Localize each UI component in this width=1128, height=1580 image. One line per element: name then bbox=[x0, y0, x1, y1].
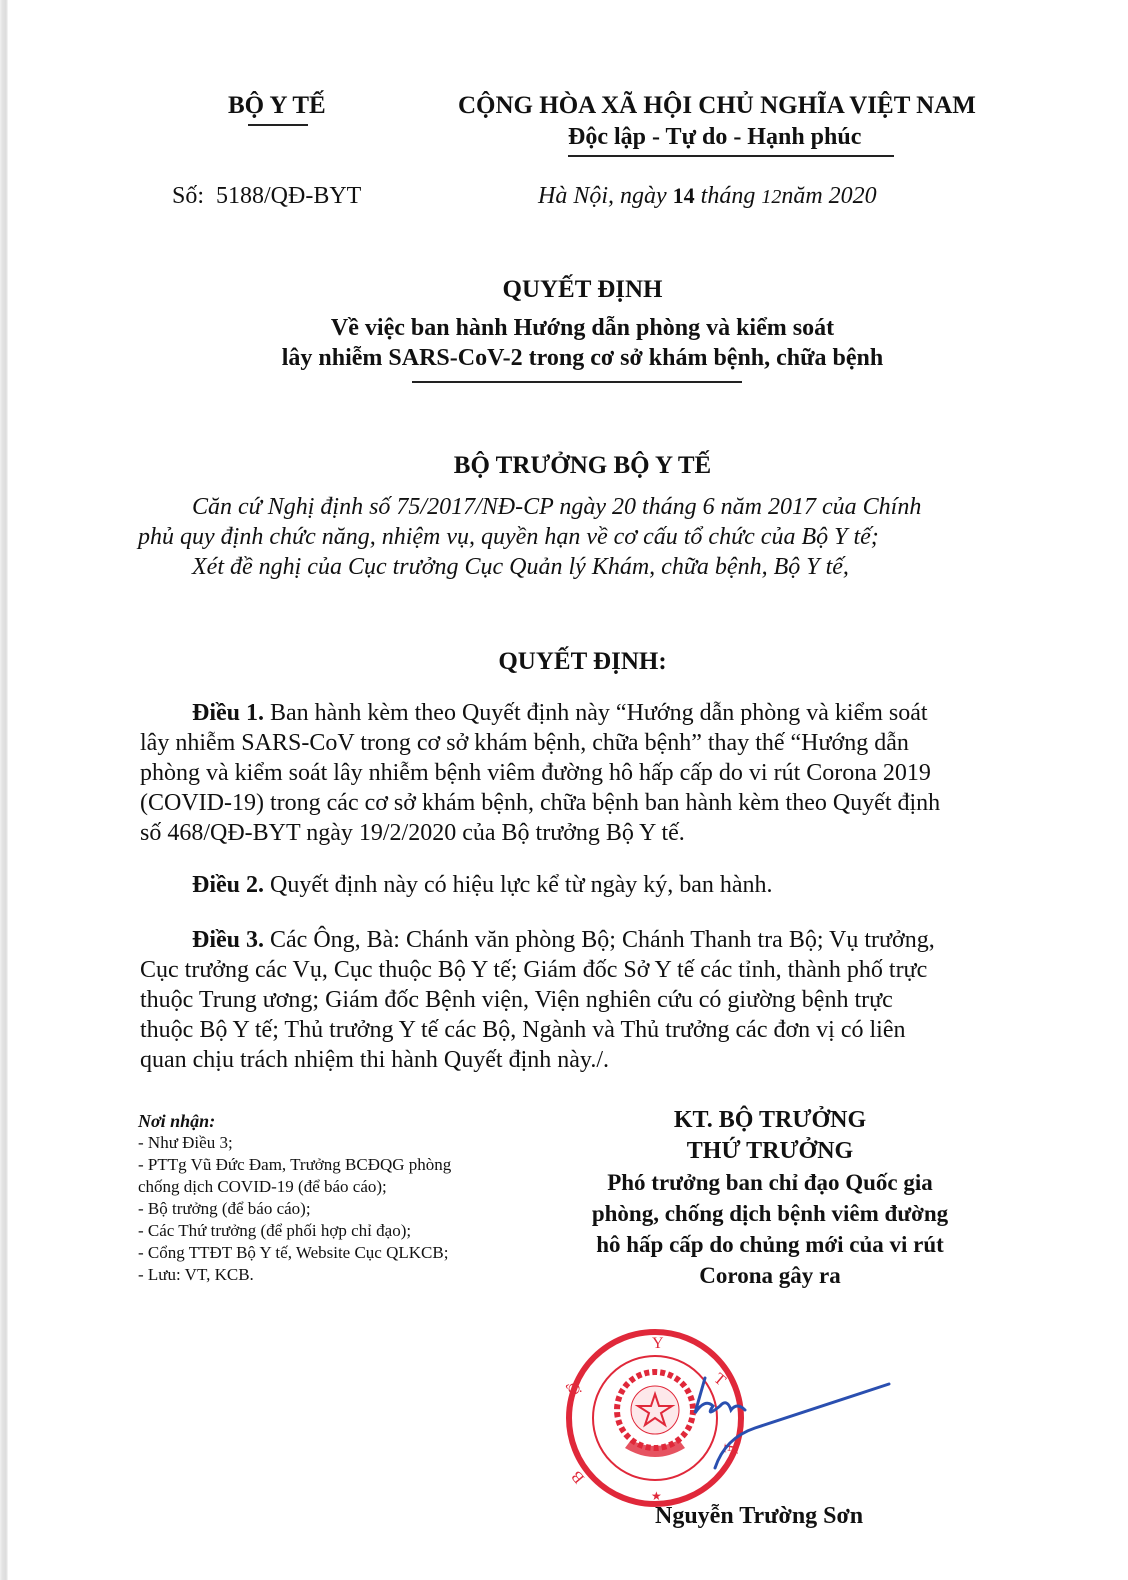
authority-heading: BỘ TRƯỞNG BỘ Y TẾ bbox=[140, 452, 1025, 480]
article-3-line-1: Điều 3. Các Ông, Bà: Chánh văn phòng Bộ;… bbox=[192, 925, 935, 955]
signer-role-line: hô hấp cấp do chủng mới của vi rút bbox=[555, 1229, 985, 1260]
article-1-line-5: số 468/QĐ-BYT ngày 19/2/2020 của Bộ trưở… bbox=[140, 818, 685, 848]
signer-role-line: phòng, chống dịch bệnh viêm đường bbox=[555, 1198, 985, 1229]
issue-date: Hà Nội, ngày 14 tháng 12năm 2020 bbox=[538, 183, 877, 210]
title-divider bbox=[412, 381, 742, 383]
motto-underline bbox=[568, 155, 894, 157]
recipient-item: chống dịch COVID-19 (để báo cáo); bbox=[138, 1176, 538, 1198]
signer-role-line: Corona gây ra bbox=[555, 1260, 985, 1291]
recipient-item: - Lưu: VT, KCB. bbox=[138, 1264, 538, 1286]
document-number: Số: 5188/QĐ-BYT bbox=[172, 183, 361, 210]
article-3-line-4: thuộc Bộ Y tế; Thủ trưởng Y tế các Bộ, N… bbox=[140, 1015, 905, 1045]
handwritten-signature-icon bbox=[695, 1378, 889, 1468]
agency-underline bbox=[248, 124, 308, 126]
svg-text:T: T bbox=[710, 1370, 729, 1389]
recipient-item: - Bộ trưởng (để báo cáo); bbox=[138, 1198, 538, 1220]
recipients-title: Nơi nhận: bbox=[138, 1110, 538, 1132]
article-1-line-3: phòng và kiểm soát lây nhiễm bệnh viêm đ… bbox=[140, 758, 931, 788]
recipient-item: - PTTg Vũ Đức Đam, Trưởng BCĐQG phòng bbox=[138, 1154, 538, 1176]
signature-title-2: THỨ TRƯỞNG bbox=[555, 1136, 985, 1167]
page-edge-shadow bbox=[0, 0, 8, 1580]
signature-block: KT. BỘ TRƯỞNG THỨ TRƯỞNG Phó trưởng ban … bbox=[555, 1105, 985, 1291]
article-3-line-2: Cục trưởng các Vụ, Cục thuộc Bộ Y tế; Gi… bbox=[140, 955, 927, 985]
decision-title: QUYẾT ĐỊNH bbox=[140, 276, 1025, 304]
article-1-line-4: (COVID-19) trong các cơ sở khám bệnh, ch… bbox=[140, 788, 940, 818]
official-seal-and-signature: Y T Ế B Ộ ★ bbox=[555, 1318, 895, 1508]
agency-name: BỘ Y TẾ bbox=[228, 92, 326, 120]
proposal-line: Xét đề nghị của Cục trưởng Cục Quản lý K… bbox=[192, 552, 849, 582]
article-1-line-2: lây nhiễm SARS-CoV trong cơ sở khám bệnh… bbox=[140, 728, 909, 758]
signature-title-1: KT. BỘ TRƯỞNG bbox=[555, 1105, 985, 1136]
article-1-line-1: Điều 1. Ban hành kèm theo Quyết định này… bbox=[192, 698, 928, 728]
article-3-line-5: quan chịu trách nhiệm thi hành Quyết địn… bbox=[140, 1045, 609, 1075]
signer-name: Nguyễn Trường Sơn bbox=[655, 1503, 863, 1530]
country-name: CỘNG HÒA XÃ HỘI CHỦ NGHĨA VIỆT NAM bbox=[458, 92, 976, 120]
subject-line-1: Về việc ban hành Hướng dẫn phòng và kiểm… bbox=[140, 315, 1025, 342]
article-2: Điều 2. Quyết định này có hiệu lực kể từ… bbox=[192, 870, 773, 900]
decision-heading: QUYẾT ĐỊNH: bbox=[140, 648, 1025, 676]
seal-letter-y: Y bbox=[652, 1335, 664, 1352]
subject-line-2: lây nhiễm SARS-CoV-2 trong cơ sở khám bệ… bbox=[140, 345, 1025, 372]
recipient-item: - Như Điều 3; bbox=[138, 1132, 538, 1154]
legal-basis-line-2: phủ quy định chức năng, nhiệm vụ, quyền … bbox=[138, 522, 879, 552]
article-3-line-3: thuộc Trung ương; Giám đốc Bệnh viện, Vi… bbox=[140, 985, 893, 1015]
svg-text:Ộ: Ộ bbox=[563, 1380, 585, 1397]
red-seal-icon: Y T Ế B Ộ ★ bbox=[563, 1332, 741, 1504]
recipient-item: - Các Thứ trưởng (để phối hợp chỉ đạo); bbox=[138, 1220, 538, 1242]
signer-role-line: Phó trưởng ban chỉ đạo Quốc gia bbox=[555, 1167, 985, 1198]
svg-text:★: ★ bbox=[651, 1489, 662, 1503]
recipients-block: Nơi nhận: - Như Điều 3; - PTTg Vũ Đức Đa… bbox=[138, 1110, 538, 1286]
recipient-item: - Cổng TTĐT Bộ Y tế, Website Cục QLKCB; bbox=[138, 1242, 538, 1264]
legal-basis-line-1: Căn cứ Nghị định số 75/2017/NĐ-CP ngày 2… bbox=[192, 492, 921, 522]
national-motto: Độc lập - Tự do - Hạnh phúc bbox=[568, 124, 861, 151]
